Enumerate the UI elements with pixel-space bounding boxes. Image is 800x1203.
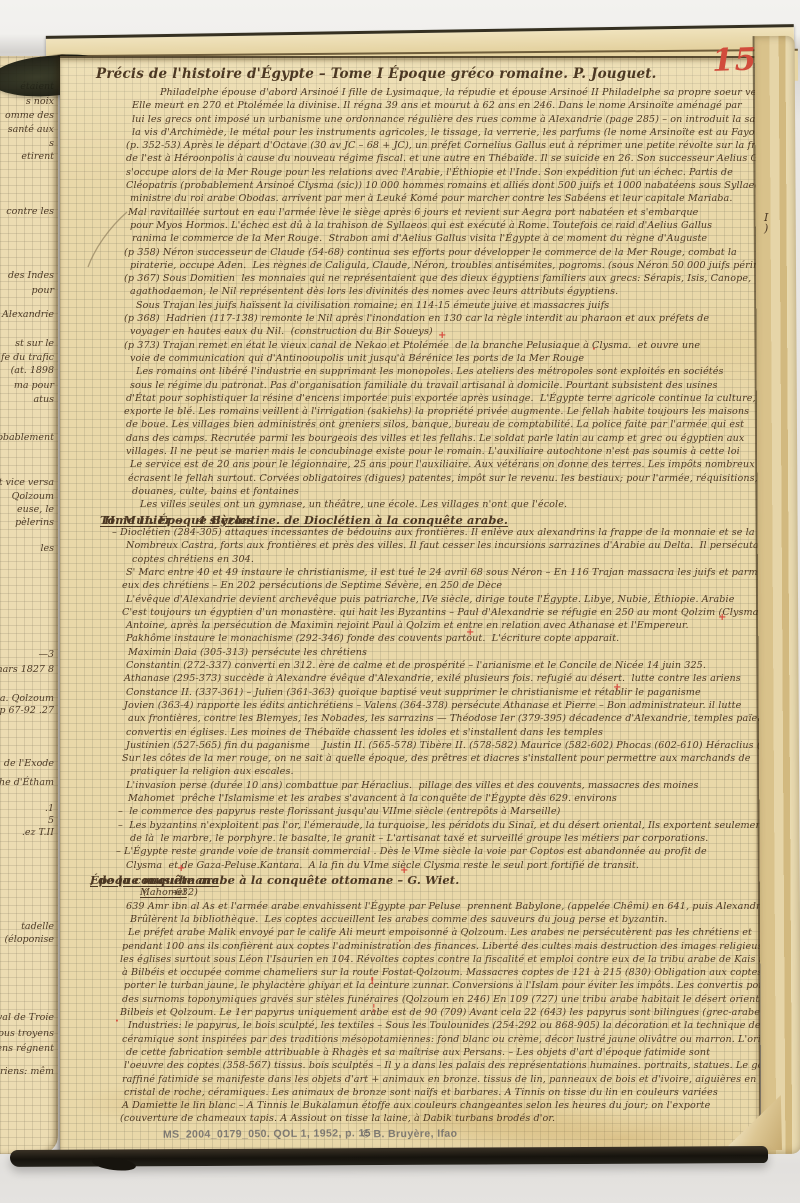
margin-note: 5 (0, 815, 54, 826)
margin-note: et vice versa (0, 477, 54, 488)
manuscript-line: la vis d'Archimède, le métal pour les in… (60, 127, 760, 140)
manuscript-line: des surnoms toponymiques gravés sur stèl… (60, 994, 760, 1007)
margin-note: Doriens: mêm (0, 1066, 54, 1077)
margin-note: 27. p 67-92 (0, 705, 54, 716)
manuscript-line: Bilbeis et Qolzoum. Le 1er papyrus uniqu… (60, 1007, 760, 1020)
manuscript-line: (p 373) Trajan remet en état le vieux ca… (60, 340, 760, 353)
manuscript-line: – le commerce des papyrus reste florissa… (60, 806, 760, 819)
manuscript-line: Constance II. (337-361) – Julien (361-36… (60, 687, 760, 700)
facing-page-sliver: étaients noixomme dessanté auxsetirentco… (0, 56, 58, 1154)
manuscript-line: Jovien (363-4) rapporte les édits antich… (60, 700, 760, 713)
manuscript-line: Mal ravitaillée surtout en eau l'armée l… (60, 207, 760, 220)
watermark-credit: © B. Bruyère, Ifao (362, 1128, 458, 1141)
manuscript-line: ranima le commerce de la Mer Rouge. Stra… (60, 233, 760, 246)
margin-note: atus (0, 394, 54, 405)
manuscript-line: Les villes seules ont un gymnase, un thé… (60, 499, 760, 512)
manuscript-line: exporte le blé. Les romains veillent à l… (60, 406, 760, 419)
watermark-id: MS_2004_0179_050. QOL 1, 1952, p. 15 (163, 1127, 371, 1140)
manuscript-line: de cette fabrication semble attribuable … (60, 1047, 760, 1060)
margin-note: éloponise) (0, 934, 54, 945)
page-number: 15 (711, 41, 772, 79)
margin-note: 1. (0, 803, 54, 814)
margin-note: st sur le (0, 338, 54, 349)
manuscript-line: C'est toujours un égyptien d'un monastèr… (60, 607, 760, 620)
margin-note: erche d'Étham (0, 777, 54, 788)
manuscript-line: porter le turban jaune, le phylactère gh… (60, 980, 760, 993)
margin-note: e cheval de Troie (0, 1012, 54, 1023)
margin-note: a. Qolzoum. (0, 693, 54, 704)
manuscript-line: l'oeuvre des coptes (358-567) tissus. bo… (60, 1060, 760, 1073)
manuscript-line: ministre du roi arabe Obodas. arrivent p… (60, 193, 760, 206)
manuscript-line: pour Myos Hormos. L'échec est dû à la tr… (60, 220, 760, 233)
manuscript-line: pendant 100 ans ils confièrent aux copte… (60, 941, 760, 954)
heading-segment: , de la conquête arabe à la conquête ott… (90, 873, 459, 887)
manuscript-line: s'occupe alors de la Mer Rouge pour les … (60, 167, 760, 180)
manuscript-line: agathodaemon, le Nil représentent dès lo… (60, 286, 760, 299)
margin-note: santé aux (0, 124, 54, 135)
manuscript-line: convertis en églises. Les moines de Théb… (60, 727, 760, 740)
margin-note: de l'Exode (0, 758, 54, 769)
margin-note: omme des (0, 110, 54, 121)
margin-note: pour (0, 285, 54, 296)
pencil-stroke (85, 210, 135, 270)
manuscript-line: écrasent le fellah surtout. Corvées obli… (60, 473, 760, 486)
manuscript-line: les églises surtout sous Léon l'Isaurien… (60, 954, 760, 967)
manuscript-line: S' Marc entre 40 et 49 instaure le chris… (60, 567, 760, 580)
manuscript-line: L'invasion perse (durée 10 ans) combattu… (60, 780, 760, 793)
page-title: Précis de l'histoire d'Égypte – Tome I É… (60, 64, 760, 87)
manuscript-line: Clysma et de Gaza-Peluse.Kantara. A la f… (60, 860, 760, 873)
margin-note: s (0, 138, 54, 149)
manuscript-line: villages. Il ne peut se marier mais le c… (60, 446, 760, 459)
right-page-edges (753, 36, 800, 1154)
margin-note: Qolzoum (0, 491, 54, 502)
manuscript-line: (p 358) Néron successeur de Claude (54-6… (60, 247, 760, 260)
manuscript-line: coptes chrétiens en 304. (60, 554, 760, 567)
manuscript-line: Sous Trajan les juifs haïssent la civili… (60, 300, 760, 313)
margin-note: euse, le (0, 504, 54, 515)
manuscript-line: – Les byzantins n'exploitent pas l'or, l… (60, 820, 760, 833)
margin-note: 3— (0, 649, 54, 660)
margin-note: etirent (0, 151, 54, 162)
heading-segment: ( -632) (140, 887, 198, 898)
manuscript-line: L'évêque d'Alexandrie devient archevêque… (60, 594, 760, 607)
manuscript-line: Philadelphe épouse d'abord Arsinoé I fil… (60, 87, 760, 100)
manuscript-line: piraterie, occupe Aden. Les règnes de Ca… (60, 260, 760, 273)
manuscript-line: Les romains ont libéré l'industrie en su… (60, 366, 760, 379)
margin-note: s noix (0, 96, 54, 107)
margin-note: les (0, 543, 54, 554)
manuscript-line: Nombreux Castra, forts aux frontières et… (60, 540, 760, 553)
manuscript-line: Industries: le papyrus, le bois sculpté,… (60, 1020, 760, 1033)
manuscript-line: Le préfet arabe Malik envoyé par le cali… (60, 927, 760, 940)
manuscript-line: Athanase (295-373) succède à Alexandre é… (60, 673, 760, 686)
manuscript-line: Maximin Daia (305-313) persécute les chr… (60, 647, 760, 660)
manuscript-line: 639 Amr ibn al As et l'armée arabe envah… (60, 901, 760, 914)
section-heading: Tome II. Époque Byzantine. de Dioclétien… (60, 513, 760, 528)
margin-note: 8 mars 1827 (0, 664, 54, 675)
manuscript-line: Elle meurt en 270 et Ptolémée la divinis… (60, 100, 760, 113)
manuscript-line: voyager en hautes eaux du Nil. (construc… (60, 326, 760, 339)
manuscript-line: sous le régime du patronat. Pas d'organi… (60, 380, 760, 393)
margin-note: iens régnent (0, 1043, 54, 1054)
margin-note: des Indes (0, 270, 54, 281)
manuscript-line: de là le marbre, le porphyre. le basalte… (60, 833, 760, 846)
manuscript-line: Cléopatris (probablement Arsinoé Clysma … (60, 180, 760, 193)
manuscript-line: Pakhôme instaure le monachisme (292-346)… (60, 633, 760, 646)
manuscript-line: Sur les côtes de la mer rouge, on ne sai… (60, 753, 760, 766)
margin-note: tadelle (0, 921, 54, 932)
manuscript-line: de l'est à Héroonpolis à cause du nouvea… (60, 153, 760, 166)
manuscript-line: – Dioclétien (284-305) attaques incessan… (60, 527, 760, 540)
manuscript-line: (p 367) Sous Domitien les monnaies qui n… (60, 273, 760, 286)
manuscript-line: douanes, culte, bains et fontaines (60, 486, 760, 499)
margin-note: ous troyens (0, 1028, 54, 1039)
manuscript-page: Précis de l'histoire d'Égypte – Tome I É… (60, 56, 760, 1156)
margin-note: ma pour (0, 380, 54, 391)
manuscript-line: de boue. Les villages bien administrés o… (60, 419, 760, 432)
manuscript-line: A Damiette le lin blanc – A Tinnis le Bu… (60, 1100, 760, 1113)
manuscript-line: eux des chrétiens – En 202 persécutions … (60, 580, 760, 593)
section-heading: Époque musulmane, de la conquête arabe à… (60, 873, 760, 888)
manuscript-line: Justinien (527-565) fin du paganisme Jus… (60, 740, 760, 753)
manuscript-line: Antoine, après la persécution de Maximin… (60, 620, 760, 633)
manuscript-line: à Bilbéis et occupée comme chameliers su… (60, 967, 760, 980)
manuscript-line: Brûlèrent la bibliothèque. Les coptes ac… (60, 914, 760, 927)
manuscript-line: (p 368) Hadrien (117-138) remonte le Nil… (60, 313, 760, 326)
margin-note: robablement (0, 432, 54, 443)
margin-note: ez T.II. (0, 827, 54, 838)
manuscript-line: pratiquer la religion aux escales. (60, 766, 760, 779)
heading-segment: H. Munier – 4 siècles (100, 513, 254, 527)
margin-note: contre les (0, 206, 54, 217)
manuscript-line: – L'Égypte reste grande voie de transit … (60, 846, 760, 859)
margin-note: at. 1898) (0, 365, 54, 376)
manuscript-line: Le service est de 20 ans pour le légionn… (60, 459, 760, 472)
manuscript-line: céramique sont inspirées par des traditi… (60, 1034, 760, 1047)
manuscript-line: aux frontières, contre les Blemyes, les … (60, 713, 760, 726)
manuscript-line: cristal de roche, céramiques. Les animau… (60, 1087, 760, 1100)
manuscript-line: dans des camps. Recrutée parmi les bourg… (60, 433, 760, 446)
right-margin-mark: I ) (764, 212, 768, 234)
notebook-photo: étaients noixomme dessanté auxsetirentco… (0, 0, 800, 1203)
manuscript-line: raffiné fatimide se manifeste dans les o… (60, 1074, 760, 1087)
margin-note: Alexandrie (0, 309, 54, 320)
margin-note: fe du trafic (0, 352, 54, 363)
manuscript-line: Mahomet ( -632) (60, 887, 760, 900)
manuscript-line: Constantin (272-337) converti en 312. èr… (60, 660, 760, 673)
manuscript-line: voie de communication qui d'Antinooupoli… (60, 353, 760, 366)
manuscript-line: (couverture de chameaux tapis. A Assiout… (60, 1113, 760, 1126)
manuscript-line: (p. 352-53) Après le départ d'Octave (30… (60, 140, 760, 153)
manuscript-line: lui les grecs ont imposé un urbanisme un… (60, 114, 760, 127)
margin-note: pèlerins (0, 517, 54, 528)
manuscript-line: d'État pour sophistiquer la résine d'enc… (60, 393, 760, 406)
manuscript-line: Mahomet prêche l'Islamisme et les arabes… (60, 793, 760, 806)
